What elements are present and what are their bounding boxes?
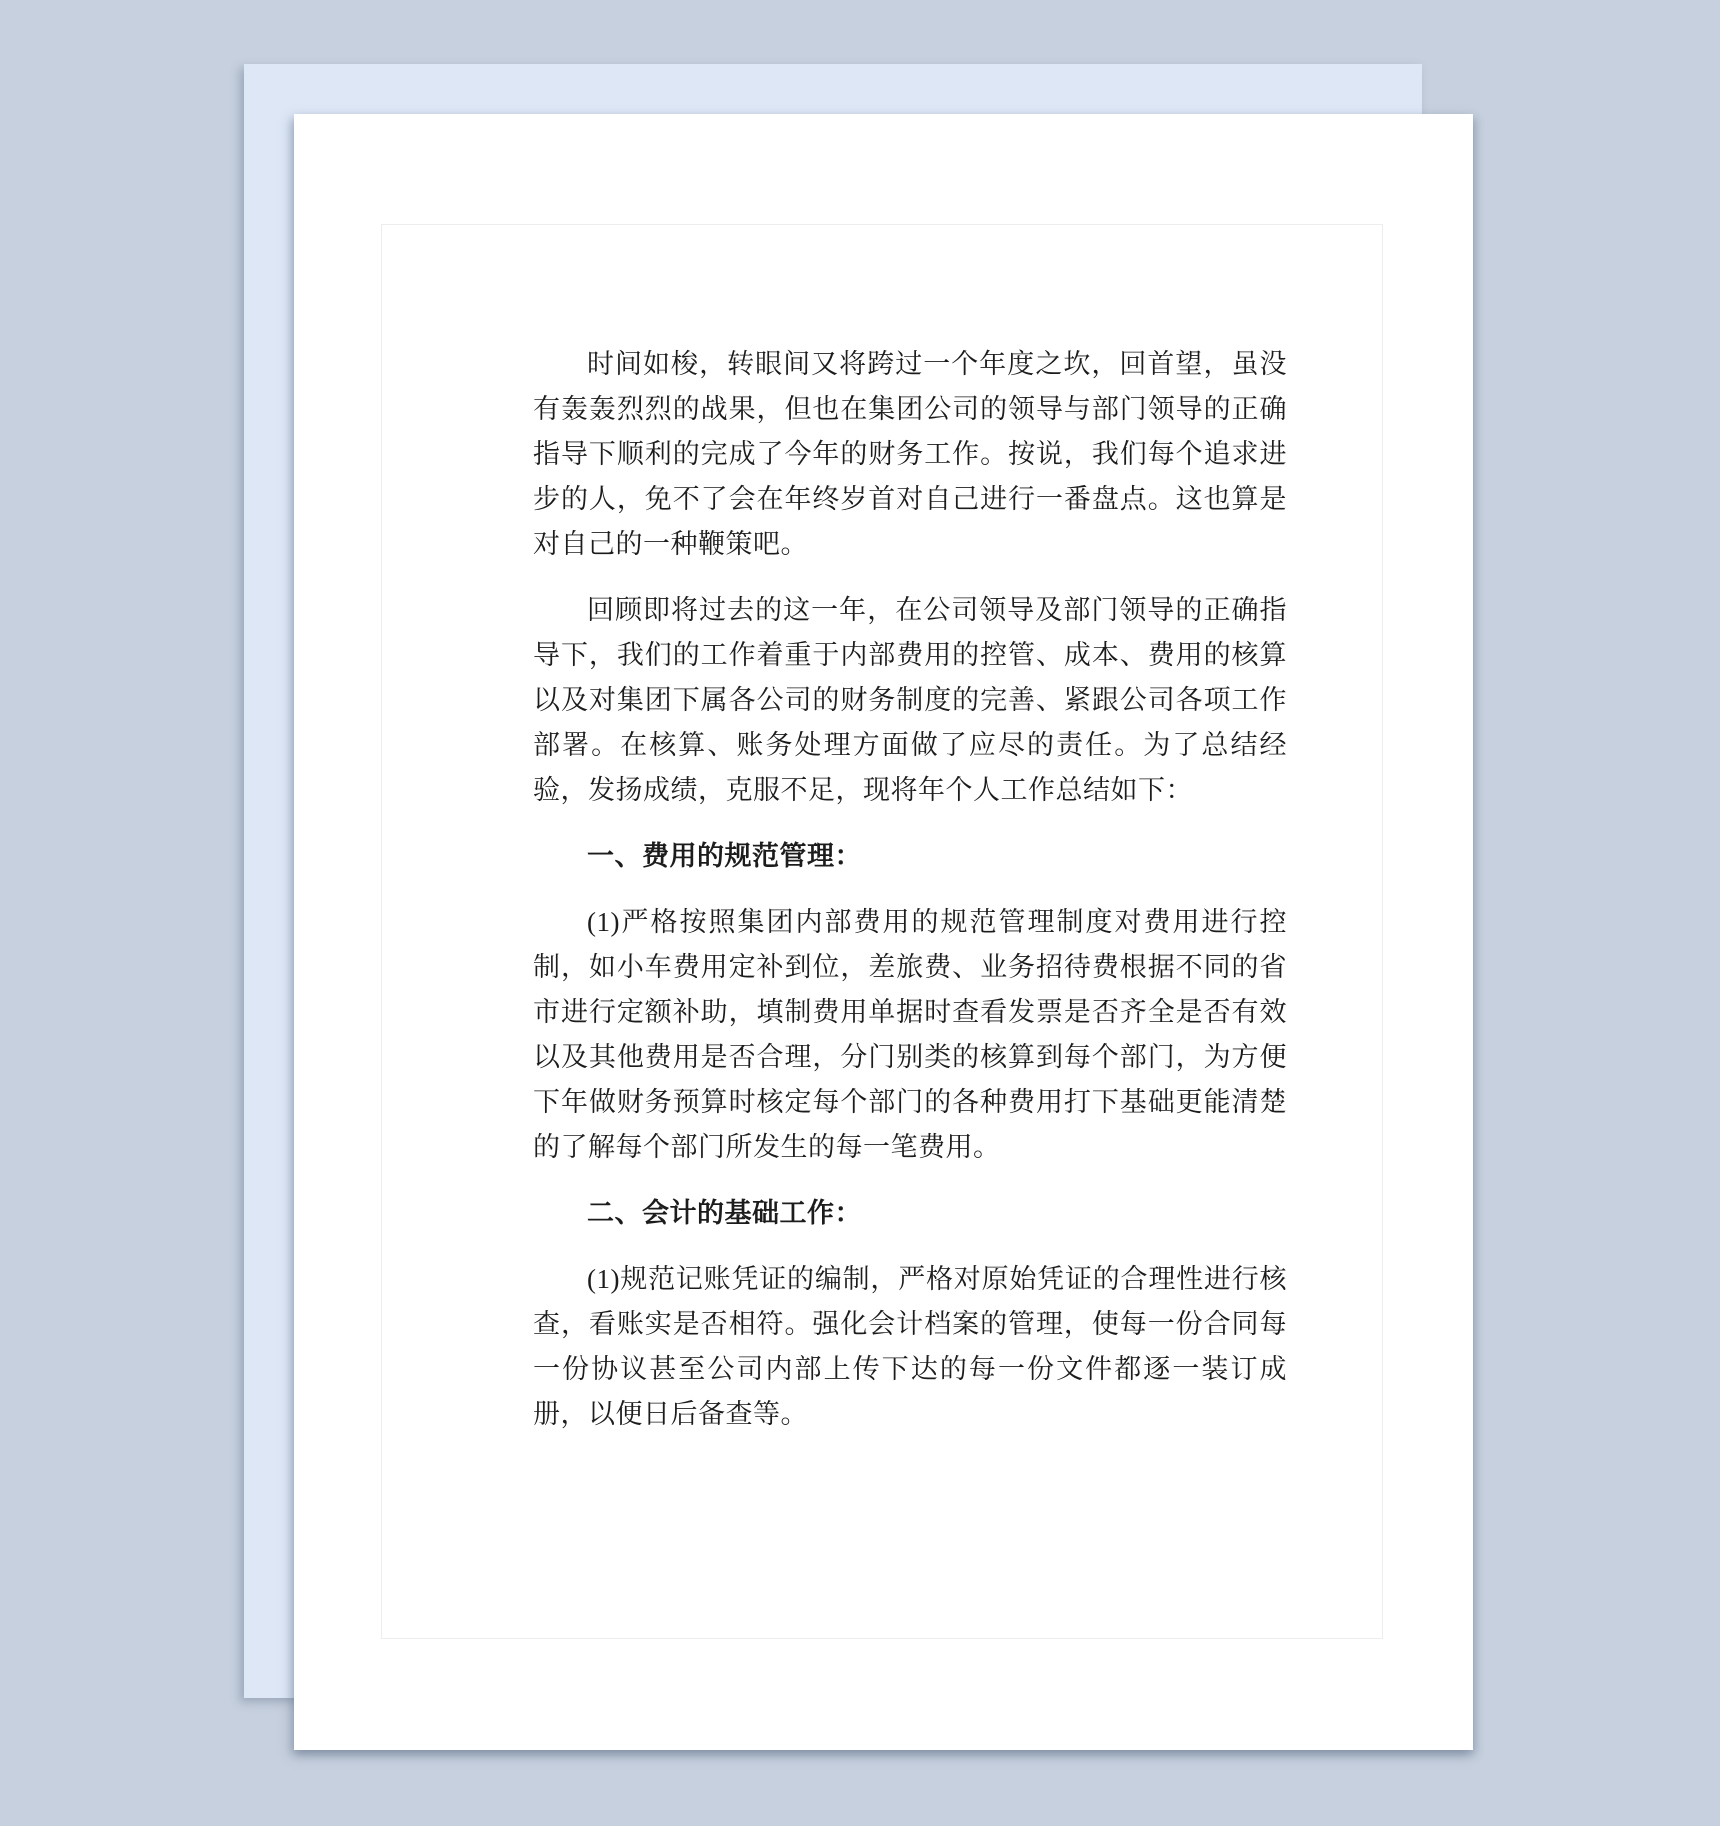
paragraph: 回顾即将过去的这一年，在公司领导及部门领导的正确指导下，我们的工作着重于内部费用…: [533, 588, 1287, 813]
section-heading: 一、费用的规范管理：: [533, 834, 1287, 879]
paragraph: (1)规范记账凭证的编制，严格对原始凭证的合理性进行核查，看账实是否相符。强化会…: [533, 1257, 1287, 1437]
paragraph: 时间如梭，转眼间又将跨过一个年度之坎，回首望，虽没有轰轰烈烈的战果，但也在集团公…: [533, 342, 1287, 567]
document-page: 时间如梭，转眼间又将跨过一个年度之坎，回首望，虽没有轰轰烈烈的战果，但也在集团公…: [294, 114, 1473, 1750]
paragraph: (1)严格按照集团内部费用的规范管理制度对费用进行控制，如小车费用定补到位，差旅…: [533, 900, 1287, 1170]
section-heading: 二、会计的基础工作：: [533, 1191, 1287, 1236]
document-body: 时间如梭，转眼间又将跨过一个年度之坎，回首望，虽没有轰轰烈烈的战果，但也在集团公…: [533, 342, 1287, 1458]
